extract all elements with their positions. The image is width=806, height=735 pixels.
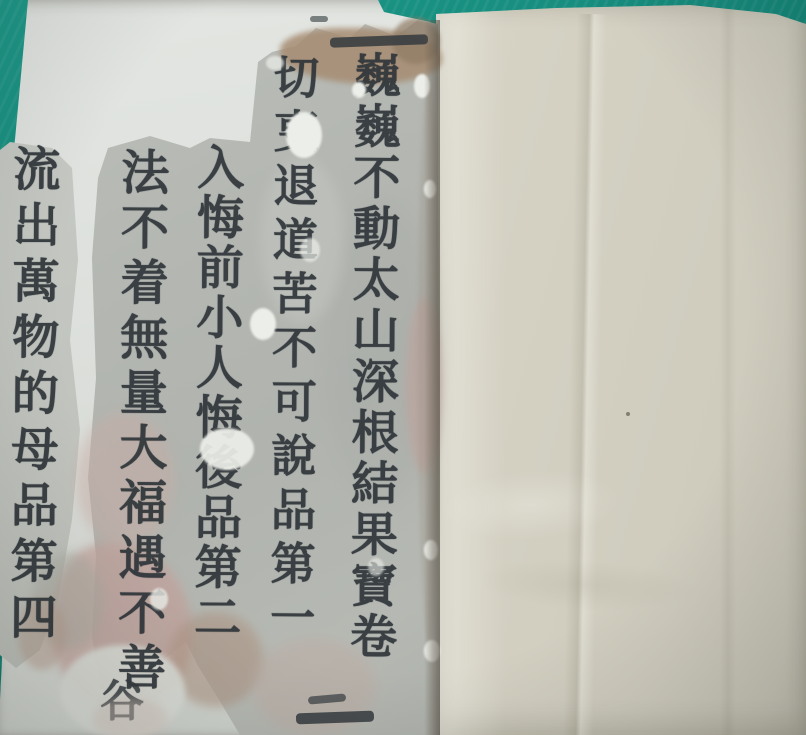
han-character: 遇 — [118, 534, 166, 582]
photo-open-baojuan-book: 巍巍不動太山深根結果寶卷切叓退道苦不可說品第一入悔前小人悔後品第二法不着無量大福… — [0, 0, 806, 735]
han-character: 母 — [11, 427, 58, 474]
han-character: 苦 — [272, 271, 317, 316]
chapter-title-3-column: 法不着無量大福遇不善 — [118, 149, 170, 692]
han-character: 二 — [194, 595, 241, 642]
paper-loss-chip — [352, 82, 366, 98]
han-character: 根 — [351, 410, 398, 457]
han-character: 動 — [353, 206, 400, 253]
han-character: 太 — [352, 257, 399, 304]
chapter-title-2-column: 入悔前小人悔後品第二 — [194, 145, 244, 642]
paper-loss-chip — [266, 56, 284, 70]
han-character: 人 — [196, 345, 243, 392]
han-character: 一 — [270, 595, 315, 640]
han-character: 深 — [352, 359, 399, 406]
han-character: 法 — [121, 149, 169, 197]
han-character: 出 — [13, 203, 60, 250]
paper-loss-chip — [286, 112, 322, 158]
paper-loss-chip — [150, 588, 168, 610]
paper-loss-chip — [300, 238, 320, 262]
han-character: 卷 — [350, 614, 397, 661]
han-character: 量 — [120, 369, 168, 417]
han-character: 四 — [10, 595, 57, 642]
vertical-fold-crease — [563, 14, 607, 735]
han-character: 不 — [272, 325, 317, 370]
han-character: 無 — [120, 314, 168, 362]
han-character: 第 — [10, 539, 57, 586]
faint-crease — [720, 0, 736, 735]
han-character: 不 — [353, 155, 400, 202]
han-character: 悔 — [197, 195, 244, 242]
blank-right-page — [436, 0, 806, 735]
han-character: 着 — [120, 259, 168, 307]
han-character: 物 — [12, 315, 59, 362]
han-character: 品 — [271, 487, 316, 532]
ink-remnant — [310, 16, 328, 22]
han-character: 入 — [197, 145, 244, 192]
han-character: 說 — [271, 433, 316, 478]
page-gutter-shadow — [424, 20, 440, 735]
han-character: 果 — [351, 512, 398, 559]
han-character: 退 — [273, 163, 318, 208]
paper-loss-chip — [200, 428, 254, 470]
stain-over-partial-character — [92, 698, 168, 735]
han-character: 大 — [119, 424, 167, 472]
han-character: 第 — [194, 545, 241, 592]
han-character: 山 — [352, 308, 399, 355]
han-character: 品 — [11, 483, 58, 530]
han-character: 品 — [195, 495, 242, 542]
paper-wrinkle — [475, 554, 697, 615]
han-character: 流 — [13, 147, 60, 194]
han-character: 可 — [272, 379, 317, 424]
han-character: 的 — [12, 371, 59, 418]
han-character: 第 — [270, 541, 315, 586]
han-character: 前 — [197, 245, 244, 292]
han-character: 萬 — [12, 259, 59, 306]
han-character: 結 — [351, 461, 398, 508]
han-character: 福 — [119, 479, 167, 527]
paper-loss-chip — [250, 308, 276, 340]
paper-loss-chip — [368, 558, 384, 576]
han-character: 不 — [121, 204, 169, 252]
chapter-title-4-column: 流出萬物的母品第四 — [10, 147, 60, 642]
gutter-highlight — [436, 0, 506, 735]
text-columns: 巍巍不動太山深根結果寶卷切叓退道苦不可說品第一入悔前小人悔後品第二法不着無量大福… — [0, 0, 445, 735]
han-character: 小 — [196, 295, 243, 342]
han-character: 巍 — [354, 104, 401, 151]
paper-speck — [626, 412, 630, 416]
